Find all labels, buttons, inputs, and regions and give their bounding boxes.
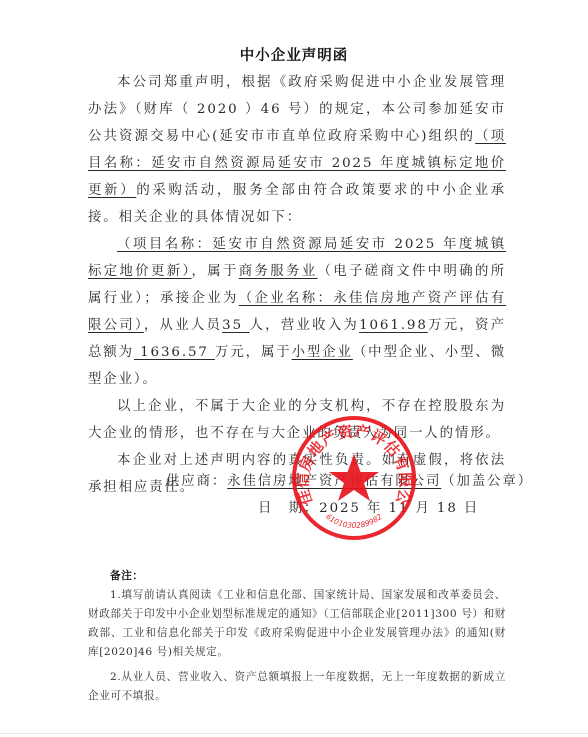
seal-note: （加盖公章） (441, 474, 533, 489)
date-line: 日 期：2025 年 11 月 18 日 (258, 495, 479, 522)
revenue-field: 1061.98 (359, 318, 428, 333)
note-item-2: 2.从业人员、营业收入、资产总额填报上一年度数据，无上一年度数据的新成立企业可不… (88, 668, 506, 706)
supplier-line: 供应商：永佳信房地产资产评估有限公司（加盖公章） (166, 468, 533, 495)
industry-field: 商务服务业 (239, 264, 318, 279)
date-value: 2025 年 11 月 18 日 (319, 501, 479, 516)
declaration-text-a: 本公司郑重声明，根据《政府采购促进中小企业发展管理办法》（财库（ 2020 ）4… (88, 75, 506, 144)
notes-section: 备注： 1.填写前请认真阅读《工业和信息化部、国家统计局、国家发展和改革委员会、… (88, 567, 506, 706)
page-bottom-border (0, 733, 588, 734)
note-item-1: 1.填写前请认真阅读《工业和信息化部、国家统计局、国家发展和改革委员会、财政部关… (88, 586, 506, 662)
total-assets-field: 1636.57 (134, 345, 215, 360)
paragraph-independence: 以上企业，不属于大企业的分支机构，不存在控股股东为大企业的情形，也不存在与大企业… (88, 393, 506, 447)
date-label: 日 期： (258, 501, 319, 516)
document-page: 中小企业声明函 本公司郑重声明，根据《政府采购促进中小企业发展管理办法》（财库（… (0, 0, 588, 733)
text-fragment: 人，营业收入为 (250, 318, 360, 333)
employees-field: 35 (222, 318, 249, 333)
declaration-text-b: 的采购活动，服务全部由符合政策要求的中小企业承接。相关企业的具体情况如下： (88, 183, 506, 225)
document-title: 中小企业声明函 (0, 44, 588, 65)
text-fragment: ，属于 (192, 264, 239, 279)
enterprise-size-field: 小型企业 (292, 345, 353, 360)
paragraph-declaration: 本公司郑重声明，根据《政府采购促进中小企业发展管理办法》（财库（ 2020 ）4… (88, 69, 506, 231)
paragraph-enterprise-details: （项目名称：延安市自然资源局延安市 2025 年度城镇标定地价更新），属于商务服… (88, 231, 506, 393)
text-fragment: ，从业人员 (144, 318, 222, 333)
supplier-label: 供应商： (166, 474, 227, 489)
notes-heading: 备注： (88, 567, 506, 586)
declaration-body: 本公司郑重声明，根据《政府采购促进中小企业发展管理办法》（财库（ 2020 ）4… (88, 69, 506, 501)
supplier-name: 永佳信房地产资产评估有限公司 (227, 474, 441, 489)
text-fragment: 万元，属于 (215, 345, 292, 360)
